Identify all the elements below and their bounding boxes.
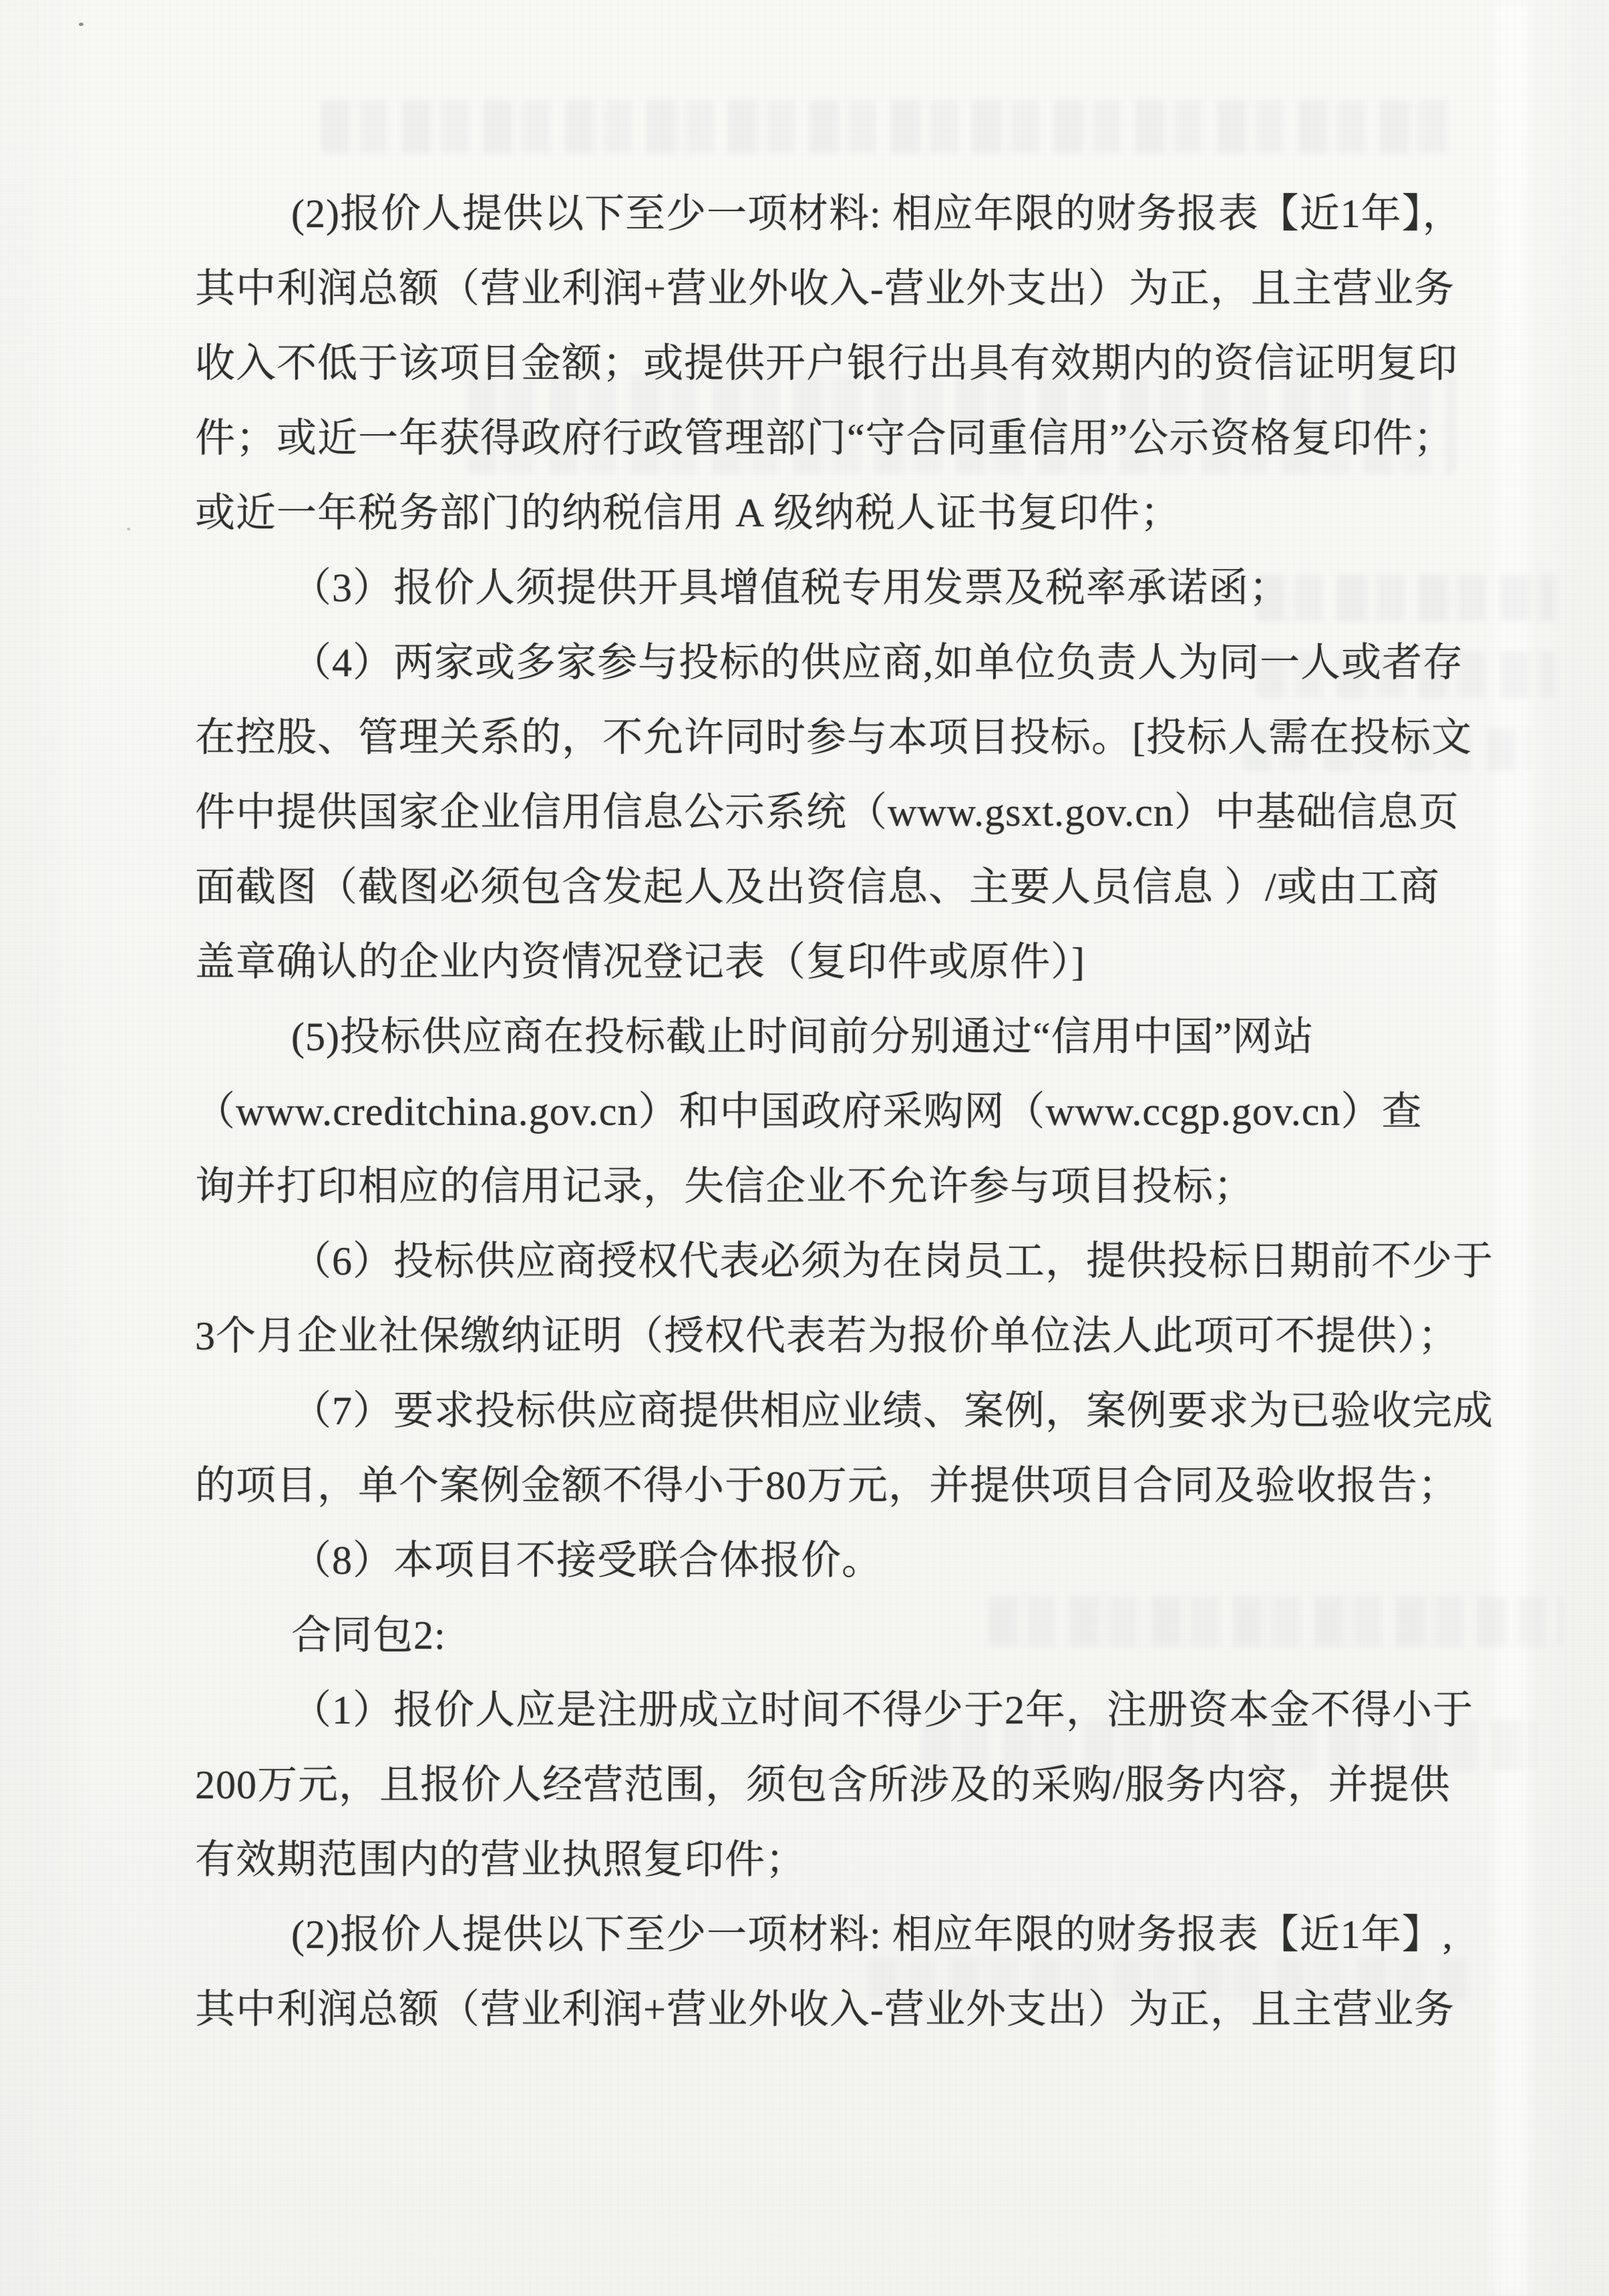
text-line: 合同包2:	[195, 1598, 1457, 1673]
scanned-document-page: (2)报价人提供以下至少一项材料: 相应年限的财务报表【近1年】，其中利润总额（…	[0, 0, 1609, 2296]
bleed-through-ghost	[321, 100, 1456, 154]
scan-speck	[127, 528, 130, 530]
text-line: 在控股、管理关系的，不允许同时参与本项目投标。[投标人需在投标文	[195, 700, 1457, 775]
text-line: 件；或近一年获得政府行政管理部门“守合同重信用”公示资格复印件；	[195, 401, 1457, 476]
text-line: 或近一年税务部门的纳税信用 A 级纳税人证书复印件；	[195, 476, 1457, 550]
text-line: (5)投标供应商在投标截止时间前分别通过“信用中国”网站	[195, 999, 1457, 1074]
document-text: (2)报价人提供以下至少一项材料: 相应年限的财务报表【近1年】，其中利润总额（…	[195, 176, 1457, 2047]
text-line: (2)报价人提供以下至少一项材料: 相应年限的财务报表【近1年】,	[195, 1897, 1457, 1972]
text-line: 件中提供国家企业信用信息公示系统（www.gsxt.gov.cn）中基础信息页	[195, 775, 1457, 850]
scan-light-band	[1495, 0, 1530, 2296]
text-line: 3个月企业社保缴纳证明（授权代表若为报价单位法人此项可不提供）；	[195, 1299, 1457, 1373]
text-line: （7）要求投标供应商提供相应业绩、案例，案例要求为已验收完成	[195, 1373, 1457, 1448]
text-line: 询并打印相应的信用记录，失信企业不允许参与项目投标；	[195, 1149, 1457, 1224]
text-line: 的项目，单个案例金额不得小于80万元，并提供项目合同及验收报告；	[195, 1448, 1457, 1523]
scan-speck	[79, 23, 83, 26]
text-line: （6）投标供应商授权代表必须为在岗员工，提供投标日期前不少于	[195, 1224, 1457, 1299]
text-line: 收入不低于该项目金额；或提供开户银行出具有效期内的资信证明复印	[195, 326, 1457, 401]
text-line: 盖章确认的企业内资情况登记表（复印件或原件）]	[195, 925, 1457, 999]
text-line: 有效期范围内的营业执照复印件；	[195, 1822, 1457, 1897]
text-line: (2)报价人提供以下至少一项材料: 相应年限的财务报表【近1年】，	[195, 176, 1457, 251]
text-line: 其中利润总额（营业利润+营业外收入-营业外支出）为正，且主营业务	[195, 1972, 1457, 2047]
text-line: 其中利润总额（营业利润+营业外收入-营业外支出）为正，且主营业务	[195, 251, 1457, 326]
text-line: 面截图（截图必须包含发起人及出资信息、主要人员信息 ）/或由工商	[195, 850, 1457, 925]
text-line: 200万元，且报价人经营范围，须包含所涉及的采购/服务内容，并提供	[195, 1748, 1457, 1822]
text-line: （www.creditchina.gov.cn）和中国政府采购网（www.ccg…	[195, 1074, 1457, 1149]
text-line: （4）两家或多家参与投标的供应商,如单位负责人为同一人或者存	[195, 625, 1457, 700]
text-line: （8）本项目不接受联合体报价。	[195, 1523, 1457, 1598]
text-line: （1）报价人应是注册成立时间不得少于2年，注册资本金不得小于	[195, 1673, 1457, 1748]
text-line: （3）报价人须提供开具增值税专用发票及税率承诺函；	[195, 550, 1457, 625]
